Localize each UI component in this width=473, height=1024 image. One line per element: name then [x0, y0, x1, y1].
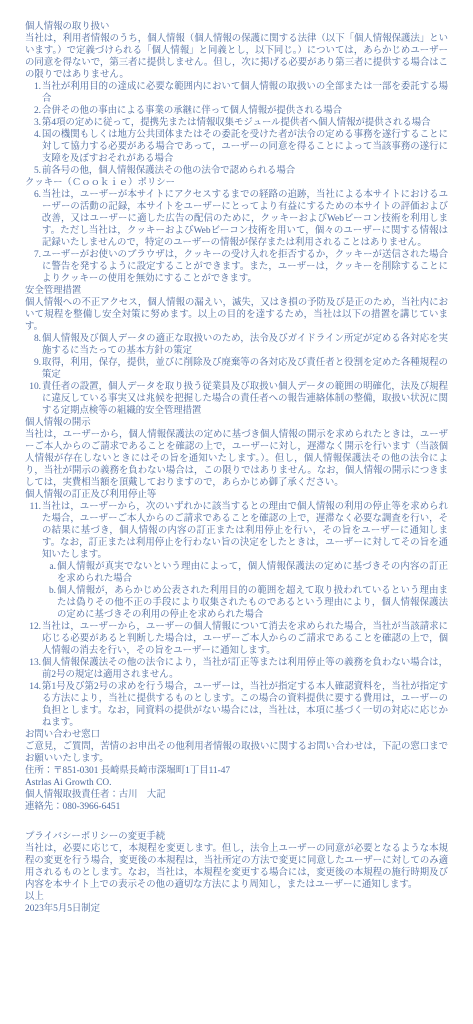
list-item: 3.第4項の定めに従って，提携先または情報収集モジュール提供者へ個人情報が提供さ…: [25, 117, 448, 129]
document-title: 個人情報の取り扱い: [25, 21, 448, 33]
item-number: b.: [47, 585, 56, 597]
item-text: 合併その他の事由による事業の承継に伴って個人情報が提供される場合: [42, 105, 448, 117]
sub-list-item: a.個人情報が真実でないという理由によって，個人情報保護法の定めに基づきその内容…: [47, 561, 448, 585]
item-number: 12.: [25, 621, 41, 633]
paragraph: 個人情報取扱責任者：古川 大記: [25, 789, 448, 801]
item-text: 当社が利用目的の達成に必要な範囲内において個人情報の取扱いの全部または一部を委託…: [42, 81, 448, 105]
item-number: 10.: [25, 381, 41, 393]
list-item: 6.当社は，ユーザーが本サイトにアクセスするまでの経路の追跡，当社による本サイト…: [25, 189, 448, 249]
item-number: a.: [47, 561, 56, 573]
paragraph: Astrlas Ai Growth CO.: [25, 777, 448, 789]
item-number: 8.: [25, 333, 41, 345]
item-text: 前各号の他，個人情報保護法その他の法令で認められる場合: [42, 165, 448, 177]
item-text: 当社は，ユーザーから，次のいずれかに該当するとの理由で個人情報の利用の停止等を求…: [42, 501, 448, 561]
list-item: 2.合併その他の事由による事業の承継に伴って個人情報が提供される場合: [25, 105, 448, 117]
item-text: 第1号及び第2号の求めを行う場合，ユーザーは，当社が指定する本人確認資料を，当社…: [42, 681, 448, 729]
item-number: 5.: [25, 165, 41, 177]
list-item: 12.当社は，ユーザーから，ユーザーの個人情報について消去を求められた場合，当社…: [25, 621, 448, 657]
item-number: 1.: [25, 81, 41, 93]
section-heading: クッキー（Ｃｏｏｋｉｅ）ポリシー: [25, 177, 448, 189]
item-text: 当社は，ユーザーから，ユーザーの個人情報について消去を求められた場合，当社が当該…: [42, 621, 448, 657]
section-heading: 個人情報の訂正及び利用停止等: [25, 489, 448, 501]
paragraph: 連絡先：080-3966-6451: [25, 801, 448, 813]
item-number: 4.: [25, 129, 41, 141]
item-number: 3.: [25, 117, 41, 129]
section-heading: お問い合わせ窓口: [25, 729, 448, 741]
blank-line: [25, 813, 448, 831]
list-item: 13.個人情報保護法その他の法令により，当社が訂正等または利用停止等の義務を負わ…: [25, 657, 448, 681]
item-text: 個人情報保護法その他の法令により，当社が訂正等または利用停止等の義務を負わない場…: [42, 657, 448, 681]
list-item: 9.取得，利用，保存，提供，並びに削除及び廃棄等の各対応及び責任者と役割を定めた…: [25, 357, 448, 381]
item-text: 第4項の定めに従って，提携先または情報収集モジュール提供者へ個人情報が提供される…: [42, 117, 448, 129]
paragraph: 当社は，必要に応じて，本規程を変更します。但し，法令上ユーザーの同意が必要となる…: [25, 843, 448, 891]
list-item: 7.ユーザーがお使いのブラウザは，クッキーの受け入れを拒否するか，クッキーが送信…: [25, 249, 448, 285]
sub-list-item: b.個人情報が，あらかじめ公表された利用目的の範囲を超えて取り扱われているという…: [47, 585, 448, 621]
item-number: 7.: [25, 249, 41, 261]
list-item: 8.個人情報及び個人データの適正な取扱いのため，法令及びガイドライン所定が定める…: [25, 333, 448, 357]
item-number: 11.: [25, 501, 41, 513]
item-text: 個人情報及び個人データの適正な取扱いのため，法令及びガイドライン所定が定める各対…: [42, 333, 448, 357]
paragraph: 住所：〒851-0301 長崎県長崎市深堀町1丁目11-47: [25, 765, 448, 777]
paragraph: 2023年5月5日制定: [25, 903, 448, 915]
paragraph: 以上: [25, 891, 448, 903]
list-item: 10.責任者の設置，個人データを取り扱う従業員及び取扱い個人データの範囲の明確化…: [25, 381, 448, 417]
item-number: 9.: [25, 357, 41, 369]
list-item: 14.第1号及び第2号の求めを行う場合，ユーザーは，当社が指定する本人確認資料を…: [25, 681, 448, 729]
item-text: 個人情報が，あらかじめ公表された利用目的の範囲を超えて取り扱われているという理由…: [57, 585, 448, 621]
item-text: 責任者の設置，個人データを取り扱う従業員及び取扱い個人データの範囲の明確化，法及…: [42, 381, 448, 417]
item-text: 取得，利用，保存，提供，並びに削除及び廃棄等の各対応及び責任者と役割を定めた各種…: [42, 357, 448, 381]
page-background: { "page": { "background": "#ffffff", "te…: [0, 0, 473, 1024]
paragraph: 個人情報への不正アクセス，個人情報の漏えい，滅失，又はき損の予防及び是正のため，…: [25, 297, 448, 333]
item-number: 6.: [25, 189, 41, 201]
item-text: 当社は，ユーザーが本サイトにアクセスするまでの経路の追跡，当社による本サイトにお…: [42, 189, 448, 249]
item-number: 14.: [25, 681, 41, 693]
item-number: 2.: [25, 105, 41, 117]
item-number: 13.: [25, 657, 41, 669]
item-text: ユーザーがお使いのブラウザは，クッキーの受け入れを拒否するか，クッキーが送信され…: [42, 249, 448, 285]
privacy-policy-document: 個人情報の取り扱い当社は，利用者情報のうち，個人情報（個人情報の保護に関する法律…: [0, 0, 473, 1024]
section-heading: 安全管理措置: [25, 285, 448, 297]
item-text: 国の機関もしくは地方公共団体またはその委託を受けた者が法令の定める事務を遂行する…: [42, 129, 448, 165]
paragraph: ご意見，ご質問，苦情のお申出その他利用者情報の取扱いに関するお問い合わせは，下記…: [25, 741, 448, 765]
paragraph: 当社は，利用者情報のうち，個人情報（個人情報の保護に関する法律（以下「個人情報保…: [25, 33, 448, 81]
list-item: 5.前各号の他，個人情報保護法その他の法令で認められる場合: [25, 165, 448, 177]
list-item: 11.当社は，ユーザーから，次のいずれかに該当するとの理由で個人情報の利用の停止…: [25, 501, 448, 561]
list-item: 1.当社が利用目的の達成に必要な範囲内において個人情報の取扱いの全部または一部を…: [25, 81, 448, 105]
section-heading: 個人情報の開示: [25, 417, 448, 429]
item-text: 個人情報が真実でないという理由によって，個人情報保護法の定めに基づきその内容の訂…: [57, 561, 448, 585]
section-heading: プライバシーポリシーの変更手続: [25, 831, 448, 843]
paragraph: 当社は，ユーザーから，個人情報保護法の定めに基づき個人情報の開示を求められたとき…: [25, 429, 448, 489]
list-item: 4.国の機関もしくは地方公共団体またはその委託を受けた者が法令の定める事務を遂行…: [25, 129, 448, 165]
